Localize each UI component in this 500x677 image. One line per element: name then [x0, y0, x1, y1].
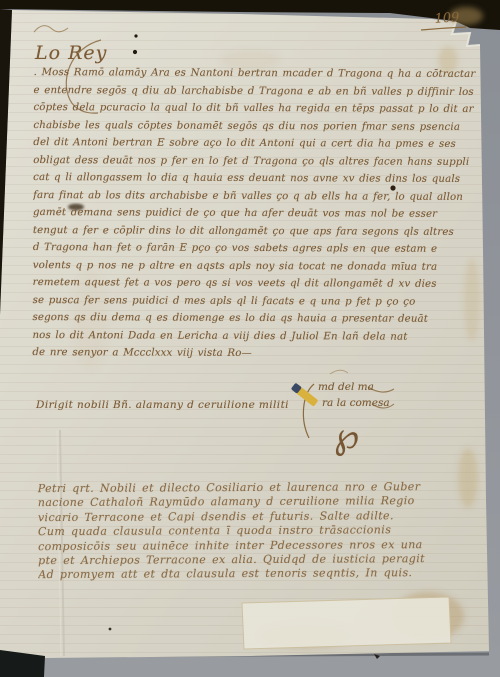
manuscript-scan: 109 Lo Rey . Moss Ramō alamāy Ara es Nan… — [0, 0, 500, 677]
latin-note-line: nacione Cathaloñ Raymūdo alamany d cerui… — [38, 494, 458, 511]
folio-number: 109 — [424, 9, 471, 27]
letter-line: cat q li allongassem lo dia q hauia ess … — [33, 169, 479, 188]
letter-line: tengut a fer e cōplir dins lo dit allong… — [33, 222, 479, 241]
letter-line: cōptes dela pcuracio la qual lo dit bñ v… — [33, 99, 479, 118]
latin-note-line: Ad promyem att et dta clausula est tenor… — [38, 566, 458, 583]
letter-line: e entendre segōs q diu ab larchabisbe d … — [33, 82, 479, 101]
letter-line: fara finat ab los dits archabisbe e bñ v… — [33, 187, 479, 206]
letter-line: volents q p nos ne p altre en aqsts apls… — [33, 257, 479, 276]
latin-note-body: Petri qrt. Nobili et dilecto Cosiliario … — [38, 480, 459, 583]
handwriting-layer: 109 Lo Rey . Moss Ramō alamāy Ara es Nan… — [0, 0, 500, 677]
side-note-line: ra la comesa — [322, 397, 390, 409]
side-note-line: md del ma — [318, 381, 374, 393]
letter-line: del dit Antoni bertran E sobre aço lo di… — [33, 134, 479, 153]
letter-line: segons qs diu dema q es diomenge es lo d… — [33, 309, 479, 328]
letter-line: chabisbe les quals cōptes bonamēt segōs … — [33, 117, 479, 136]
letter-line: de nre senyor a Mccclxxx viij vista Ro— — [32, 344, 478, 363]
letter-line: obligat dess deuāt nos p fer en lo fet d… — [33, 152, 479, 171]
address-line: Dirigit nobili Bñ. alamany d ceruilione … — [36, 399, 289, 411]
letter-line: gamēt demana sens puidici de ço que ha a… — [33, 204, 479, 223]
letter-body: . Moss Ramō alamāy Ara es Nantoni bertra… — [32, 64, 479, 363]
letter-line: remetem aquest fet a vos pero qs si vos … — [33, 274, 479, 293]
letter-line: nos lo dit Antoni Dada en Lericha a viij… — [32, 327, 478, 346]
letter-line: se pusca fer sens puidici d mes apls ql … — [33, 292, 479, 311]
letter-line: d Tragona han fet o farān E pço ço vos s… — [33, 239, 479, 258]
letter-line: . Moss Ramō alamāy Ara es Nantoni bertra… — [34, 64, 480, 83]
letter-heading: Lo Rey — [35, 42, 107, 64]
paraph-icon: ℘ — [334, 416, 359, 457]
